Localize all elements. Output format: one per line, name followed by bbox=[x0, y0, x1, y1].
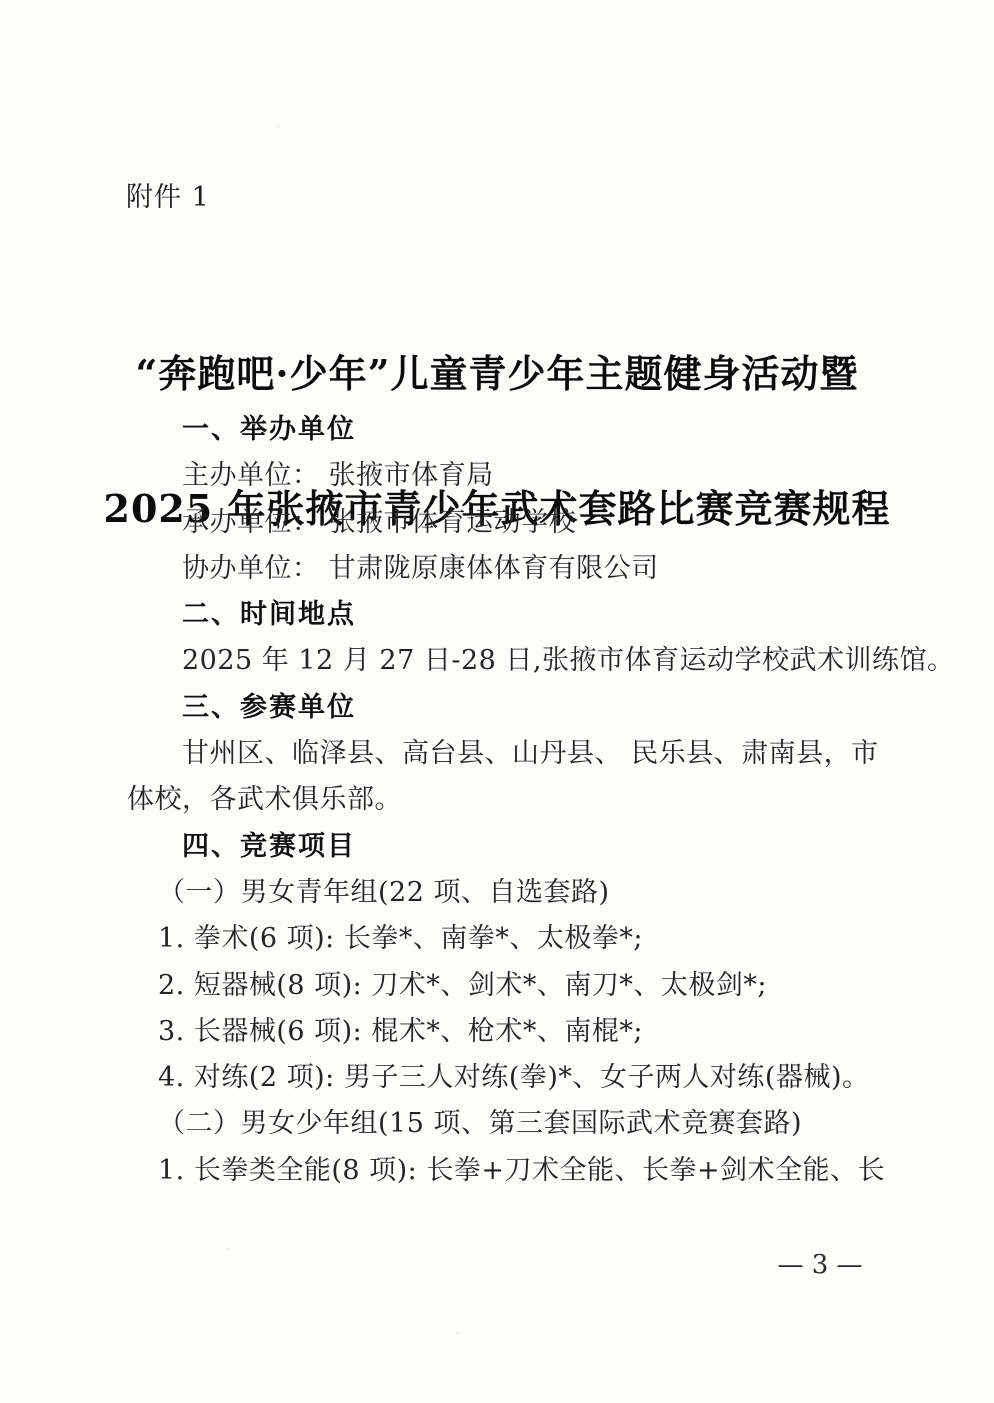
document-line: 2. 短器械(8 项): 刀术*、剑术*、南刀*、太极剑*; bbox=[127, 963, 873, 1009]
document-line: 3. 长器械(6 项): 棍术*、枪术*、南棍*; bbox=[127, 1009, 873, 1055]
document-line: 承办单位： 张掖市体育运动学校 bbox=[127, 500, 873, 546]
document-title-line1: “奔跑吧·少年”儿童青少年主题健身活动暨 bbox=[0, 351, 994, 396]
document-line: 四、竞赛项目 bbox=[127, 824, 873, 870]
document-body: 一、举办单位主办单位： 张掖市体育局承办单位： 张掖市体育运动学校协办单位： 甘… bbox=[127, 407, 873, 1194]
document-line: 一、举办单位 bbox=[127, 407, 873, 453]
document-line: 二、时间地点 bbox=[127, 592, 873, 638]
document-line: 三、参赛单位 bbox=[127, 685, 873, 731]
document-line: （一）男女青年组(22 项、自选套路) bbox=[127, 870, 873, 916]
document-line: 1. 长拳类全能(8 项): 长拳+刀术全能、长拳+剑术全能、长 bbox=[127, 1148, 873, 1194]
document-line: 主办单位： 张掖市体育局 bbox=[127, 453, 873, 499]
page-number: — 3 — bbox=[765, 1247, 875, 1283]
attachment-label: 附件 1 bbox=[126, 181, 210, 215]
document-line: 体校，各武术俱乐部。 bbox=[127, 777, 873, 823]
document-line: 协办单位： 甘肃陇原康体体育有限公司 bbox=[127, 546, 873, 592]
document-line: 2025 年 12 月 27 日-28 日,张掖市体育运动学校武术训练馆。 bbox=[127, 638, 873, 684]
document-line: （二）男女少年组(15 项、第三套国际武术竞赛套路) bbox=[127, 1101, 873, 1147]
document-line: 甘州区、临泽县、高台县、山丹县、 民乐县、肃南县，市 bbox=[127, 731, 873, 777]
document-line: 1. 拳术(6 项): 长拳*、南拳*、太极拳*; bbox=[127, 916, 873, 962]
document-line: 4. 对练(2 项): 男子三人对练(拳)*、女子两人对练(器械)。 bbox=[127, 1055, 873, 1101]
document-page: 附件 1 “奔跑吧·少年”儿童青少年主题健身活动暨 2025 年张掖市青少年武术… bbox=[0, 0, 994, 1403]
